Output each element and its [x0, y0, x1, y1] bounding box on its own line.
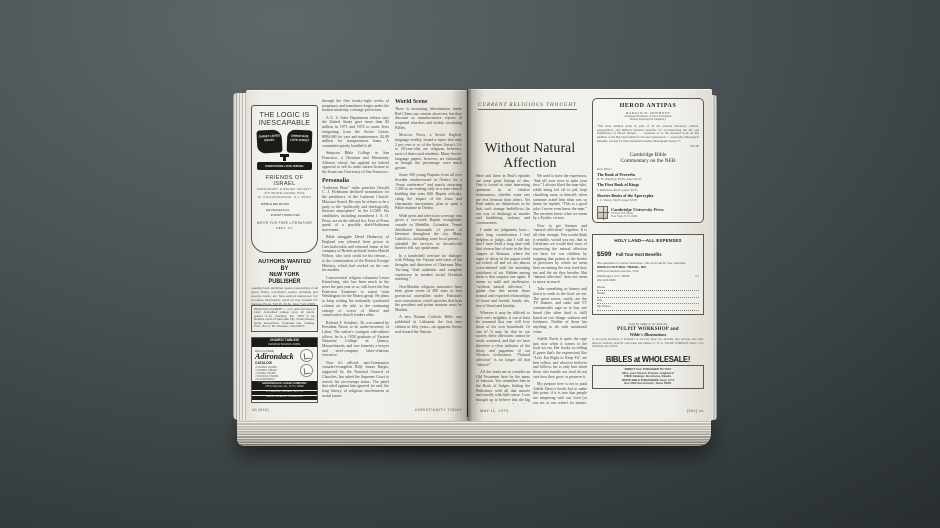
coupon-form-field: Zip Phone: [597, 304, 699, 310]
bibles-line-5: Box 5000 San Antonio, Texas 78201: [596, 382, 700, 386]
personalia-paragraph: Now it's official: anti-Communist crusad…: [322, 361, 389, 399]
article-paragraph: All this leads me to consider an Old Tes…: [476, 370, 530, 404]
diagram-box-christians-love-christ: CHRISTIANS LOVE CHRIST: [287, 130, 313, 154]
foi-dept-line: DEPT. CT: [255, 226, 314, 230]
diagram-bar-christians-love-israel: CHRISTIANS LOVE ISRAEL: [257, 162, 312, 170]
holy-land-offer: $599 Full Tour Host Benefits: [597, 243, 699, 261]
right-ad-column: HEROD ANTIPAS HAROLD W. HOEHNER Assistan…: [592, 98, 704, 389]
article-title: Without Natural Affection: [472, 140, 588, 170]
article-paragraph: Take something as homey and down to eart…: [533, 287, 587, 334]
article-paragraph: Whereas it may be difficult to love one'…: [476, 311, 530, 367]
article-paragraph: Here and there in Paul's epistles are so…: [476, 174, 530, 226]
left-page-running-title: CHRISTIANITY TODAY: [415, 408, 462, 412]
authors-headline-2: NEW YORK PUBLISHER: [254, 272, 316, 285]
section-kicker: CURRENT RELIGIOUS THOUGHT: [478, 103, 577, 110]
adirondack-cities-1: PITTSBURGH • CHICAGO • BOSTON: [252, 391, 317, 395]
herod-title: HEROD ANTIPAS: [597, 103, 699, 109]
adirondack-top-bar: CHAIRS! TABLES! CHURCH SCHOOL FURN.: [252, 338, 317, 347]
article-column-1: Here and there in Paul's epistles are so…: [476, 174, 530, 404]
article-paragraph: Adelle Davis is quite the rage just now …: [533, 337, 587, 379]
bibles-detail-box: DIRECT from PUBLISHER TO YOU! SELL your …: [592, 365, 704, 389]
world-scene-paragraph: Moscow News, a Soviet English-language w…: [395, 133, 462, 171]
personalia-paragraph: Controversial religion columnist Lester …: [322, 276, 389, 318]
adirondack-address: 276-K Park Ave. So., N.Y.C. 10010: [252, 385, 317, 388]
world-scene-paragraph: Non-Muslim religious minorities have bee…: [395, 285, 462, 313]
article-paragraph: My purpose here is not to push Adelle Da…: [533, 382, 587, 404]
article-column-2: We used to have the expression, “bite of…: [533, 174, 587, 404]
wasatch-academy-ad: WASATCH ACADEMY — U.S. girls and boys in…: [251, 305, 318, 332]
news-paragraphs: through the first twenty-eight weeks of …: [322, 99, 389, 175]
left-text-column-1: through the first twenty-eight weeks of …: [322, 99, 389, 404]
cambridge-book-entry: The First Book of Kings J. Robinson. $9.…: [597, 183, 699, 192]
holy-land-tour-ad: HOLY LAND—ALL EXPENSES $599 Full Tour Ho…: [592, 234, 704, 315]
world-scene-paragraph: A new Roman Catholic Bible was published…: [395, 315, 462, 334]
personalia-paragraph: Richard F. Schubert, 36, was named by Pr…: [322, 321, 389, 359]
personalia-paragraphs: “Lutheran Hour” radio preacher Oswald C.…: [322, 186, 389, 399]
cambridge-book-entry: The Book of Proverbs R. N. Whybray. $6.9…: [597, 173, 699, 182]
article-paragraph: We used to have the expression, “bite of…: [533, 174, 587, 221]
book-author-price: J. C. Dancy. $9.95, paper $3.95: [597, 198, 699, 202]
foi-city-line: W. COLLINGSWOOD, N.J. 08107: [255, 195, 314, 199]
news-paragraph: through the first twenty-eight weeks of …: [322, 99, 389, 113]
cambridge-press-info: Cambridge University Press 32 East 57th …: [611, 207, 664, 219]
foi-org-name: FRIENDS OF ISRAEL: [255, 175, 314, 187]
personalia-paragraph: “Lutheran Hour” radio preacher Oswald C.…: [322, 186, 389, 233]
cambridge-new-titles-label: New Titles:: [597, 167, 699, 171]
world-scene-paragraph: There is increasing liberalization insid…: [395, 107, 462, 131]
book-author-price: J. Robinson. $9.50, paper $2.95: [597, 188, 699, 192]
left-page-folio: 40 [940]: [252, 408, 269, 412]
tour-benefit: Full Tour Host Benefits: [616, 252, 662, 257]
page-edge-stack-left: [233, 93, 247, 420]
foi-headline: THE LOGIC IS INESCAPABLE: [255, 111, 314, 126]
foi-bullet: SPIRIT DIRECTED: [271, 213, 314, 218]
travel-phone: 202-223-5490: [597, 279, 699, 283]
magazine-page-left: THE LOGIC IS INESCAPABLE CHRIST LOVES IS…: [246, 90, 467, 420]
world-scene-heading: World Scene: [395, 99, 462, 105]
press-address-2: New York, N.Y. 10022: [611, 215, 664, 218]
adirondack-ad: CHAIRS! TABLES! CHURCH SCHOOL FURN. Writ…: [251, 337, 318, 403]
adirondack-item: COAT RACKS: [255, 381, 314, 384]
cambridge-book-entry: Shorter Books of the Apocrypha J. C. Dan…: [597, 194, 699, 203]
pulpit-title-2: Wilde's Illustrations: [592, 332, 704, 337]
pulpit-intro: Send $1 today to try both the: [592, 322, 704, 326]
personalia-heading: Personalia: [322, 178, 389, 184]
logic-diagram: CHRIST LOVES ISRAEL CHRISTIANS LOVE CHRI…: [257, 130, 312, 172]
page-edge-stack-bottom: [237, 417, 711, 446]
article-paragraph: I make no judgments here—after long cons…: [476, 228, 530, 308]
cambridge-press-block: Cambridge University Press 32 East 57th …: [597, 206, 699, 219]
cambridge-heading-line2: Commentary on the NEB: [597, 158, 699, 164]
herod-price: $12.50: [597, 144, 699, 148]
foi-bullet-list: BIBLE BELIEVINGEVANGELICALSPIRIT DIRECTE…: [261, 202, 314, 218]
adirondack-bar-line2: CHURCH SCHOOL FURN.: [252, 343, 317, 346]
herod-affiliation-2: Dallas Theological Seminary: [597, 118, 699, 122]
authors-wanted-ad: AUTHORS WANTED BY NEW YORK PUBLISHER Lea…: [251, 259, 318, 306]
adirondack-cities-2: DALLAS • ATLANTA • LOS ANGELES: [252, 396, 317, 400]
adirondack-main: Write for FREE Adirondack CATALOG! FOLDI…: [252, 347, 317, 381]
travel-city-line: Washington, D.C. 20036: [597, 274, 630, 278]
pulpit-workshop-ad: Send $1 today to try both the PULPIT WOR…: [592, 322, 704, 349]
world-scene-paragraph: Wide press and television coverage was g…: [395, 214, 462, 252]
photo-background: THE LOGIC IS INESCAPABLE CHRIST LOVES IS…: [0, 0, 940, 528]
personalia-paragraph: Bible smuggler David Hathaway of England…: [322, 235, 389, 273]
cambridge-heading: Cambridge Bible Commentary on the NEB: [597, 152, 699, 164]
pulpit-body: A one-week invitation to ministers to se…: [592, 338, 704, 349]
adirondack-thumbnails: [300, 349, 315, 379]
table-illustration-icon: [300, 364, 313, 377]
left-ad-column: THE LOGIC IS INESCAPABLE CHRIST LOVES IS…: [251, 91, 318, 420]
diagram-box-christ-loves-israel: CHRIST LOVES ISRAEL: [256, 130, 282, 154]
news-paragraph: A U. S. State Department release says th…: [322, 116, 389, 149]
cambridge-crest-icon: [597, 206, 608, 219]
bibles-wholesale-ad: BIBLES at WHOLESALE! DIRECT from PUBLISH…: [592, 354, 704, 389]
chair-illustration-icon: [300, 349, 313, 362]
right-page-folio: [941] 41: [687, 409, 704, 413]
herod-review-quote: “The most detailed study in print of all…: [597, 125, 699, 145]
issue-date: MAY 11, 1973: [480, 409, 508, 413]
authors-headline-1: AUTHORS WANTED BY: [254, 259, 316, 272]
coupon-form: NameStreetCityZip Phone: [597, 285, 699, 311]
tour-price: $599: [597, 251, 611, 258]
foi-write-line: WRITE FOR FREE LITERATURE: [255, 221, 314, 225]
ct-key-mark: CT: [695, 275, 699, 279]
authors-body: Leading book publisher seeks manuscripts…: [251, 287, 318, 306]
magazine-page-right: CURRENT RELIGIOUS THOUGHT Without Natura…: [468, 89, 712, 421]
world-scene-paragraphs: There is increasing liberalization insid…: [395, 107, 462, 334]
news-paragraph: Simpson Bible College in San Francisco, …: [322, 151, 389, 175]
herod-antipas-ad: HEROD ANTIPAS HAROLD W. HOEHNER Assistan…: [592, 98, 704, 223]
world-scene-paragraph: Some 500 young Baptists from all over Sw…: [395, 173, 462, 211]
bibles-headline: BIBLES at WHOLESALE!: [599, 354, 698, 364]
left-text-column-2: World Scene There is increasing liberali…: [395, 99, 462, 404]
article-paragraph: Now to get Samson and “natural affection…: [533, 224, 587, 285]
therefore-connector-icon: [280, 154, 289, 157]
world-scene-paragraph: In a bombshell overture for dialogue wit…: [395, 254, 462, 282]
friends-of-israel-ad: THE LOGIC IS INESCAPABLE CHRIST LOVES IS…: [251, 105, 318, 253]
book-author-price: R. N. Whybray. $6.95, paper $2.95: [597, 177, 699, 181]
